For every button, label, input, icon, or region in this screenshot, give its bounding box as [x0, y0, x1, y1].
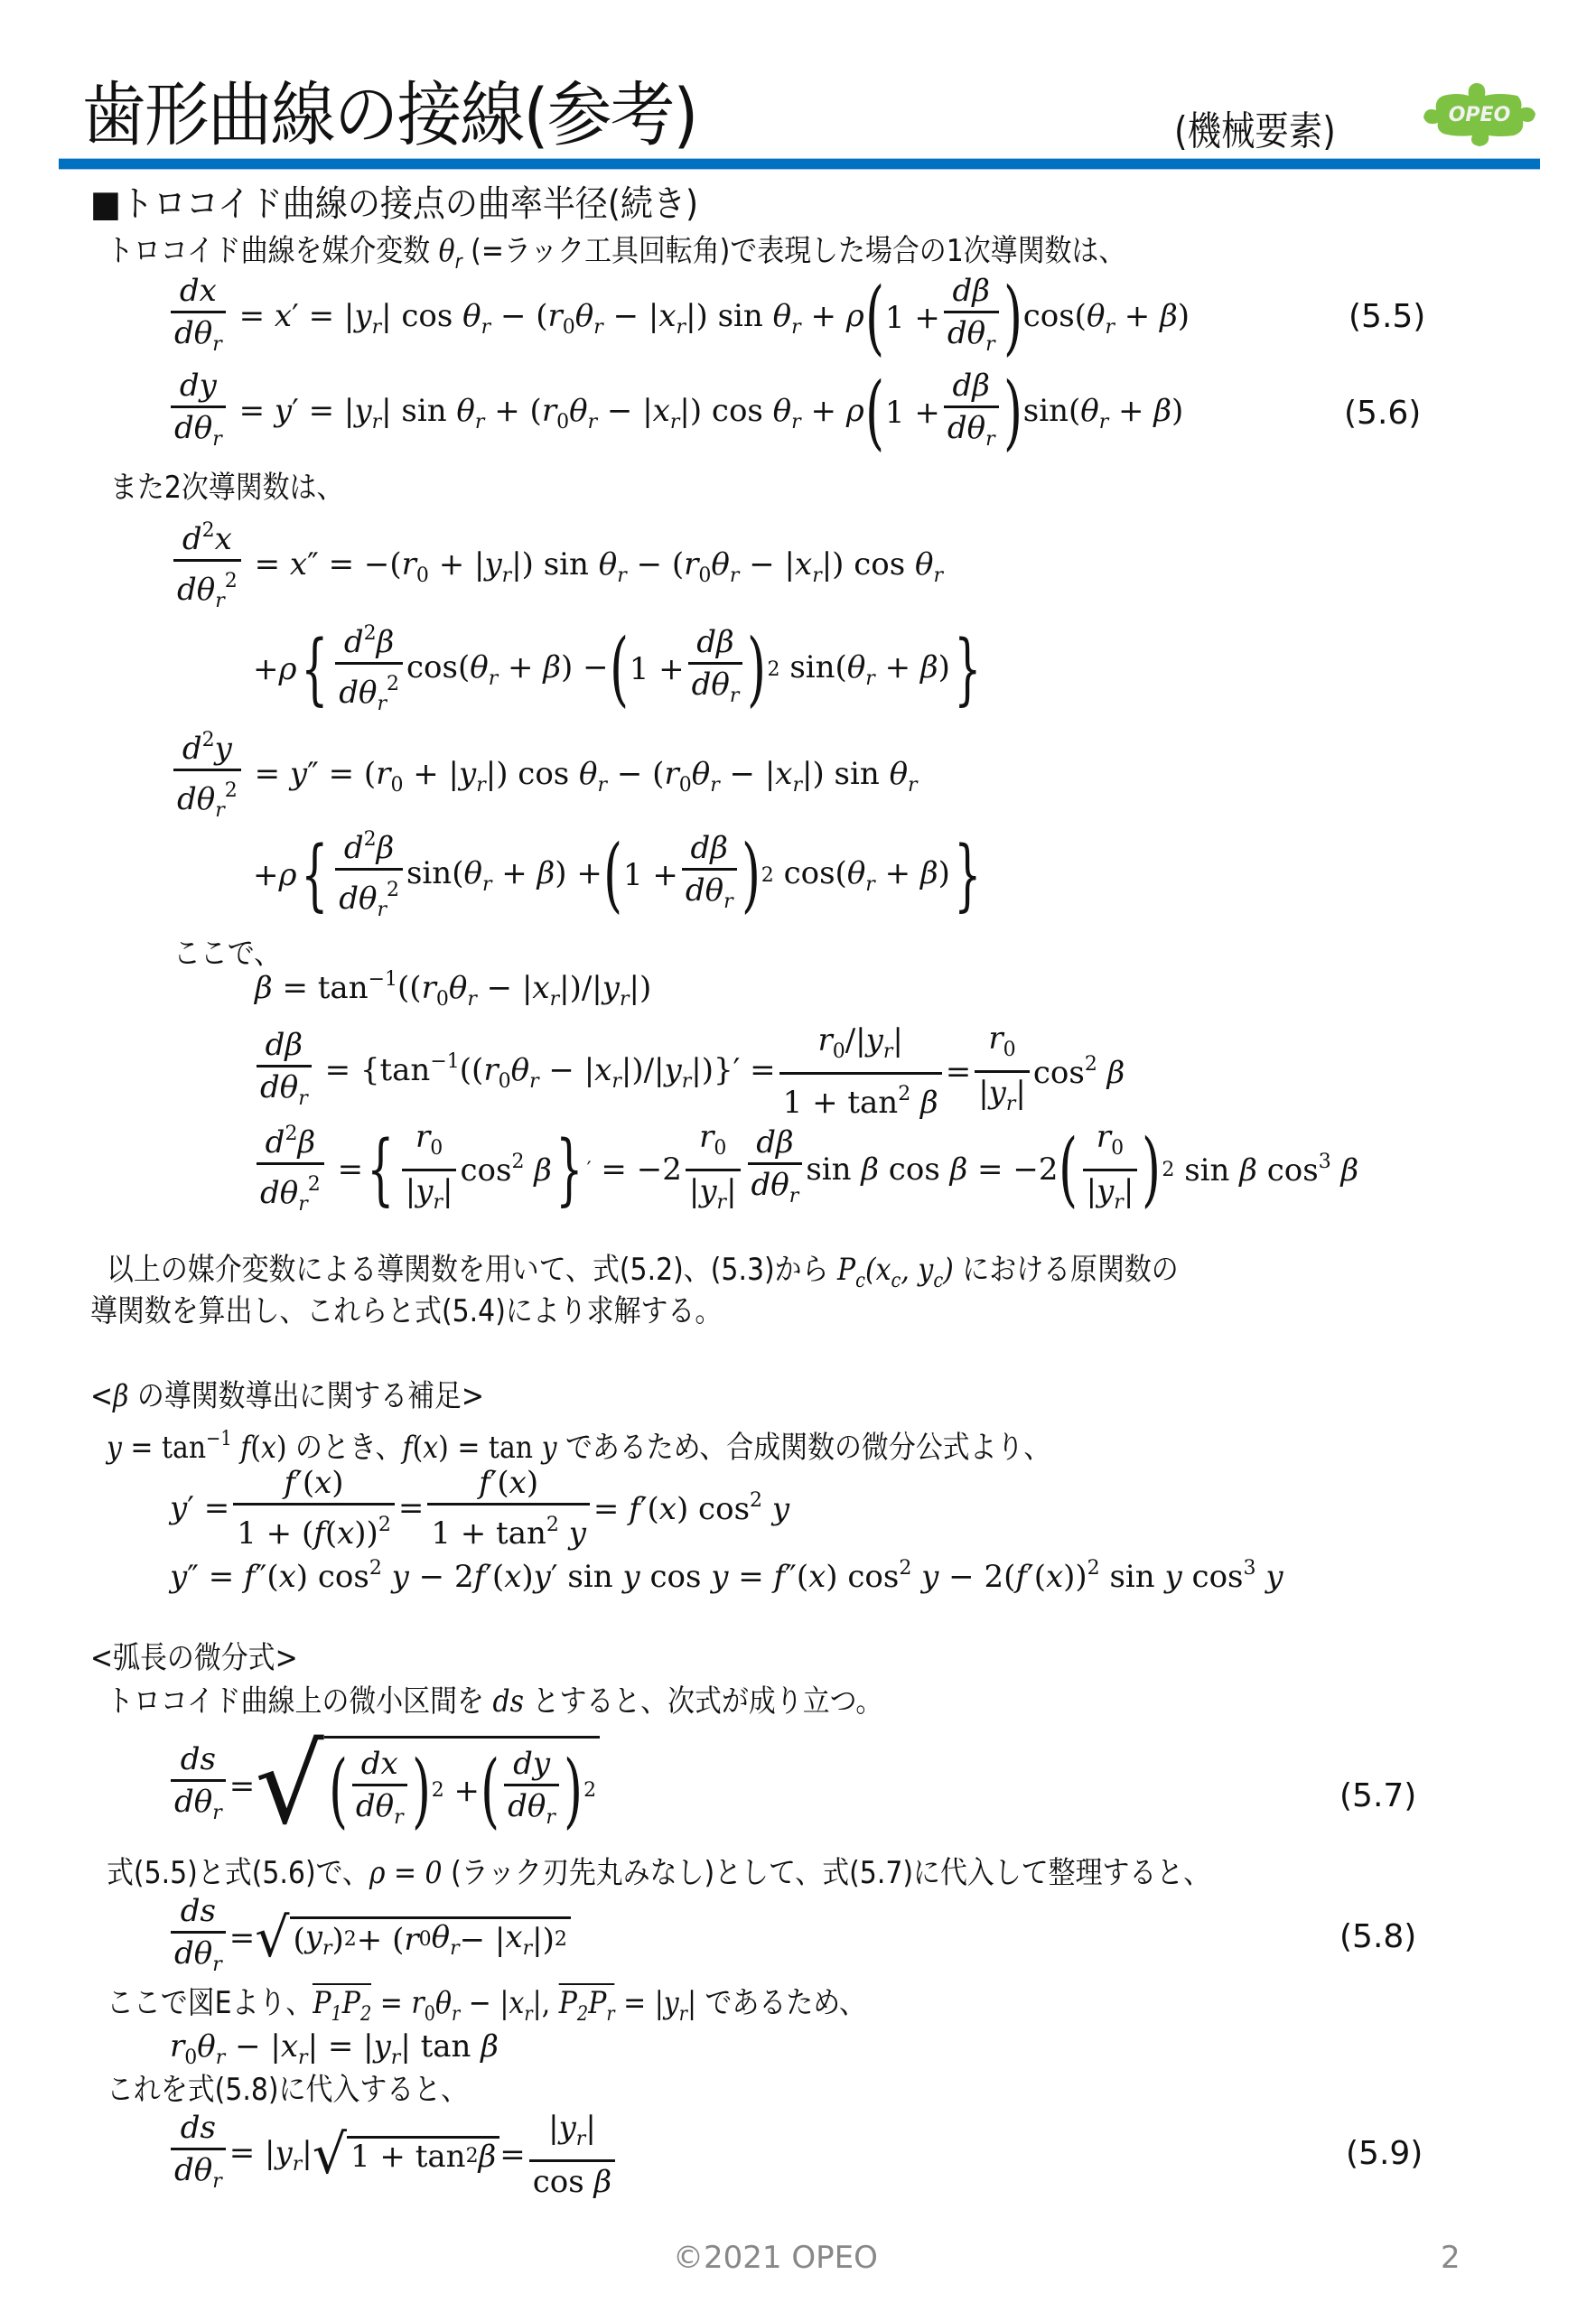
arc-length-intro: トロコイド曲線上の微小区間を ds とすると、次式が成り立つ。 — [107, 1682, 882, 1721]
second-derivative-intro: また2次導関数は、 — [110, 468, 343, 508]
equation-y-second-derivative: d2ydθr2 = y″ = (r0 + |yr|) cos θr − (r0θ… — [170, 721, 918, 831]
equation-5-7: dsdθr = √ (dxdθr)2 + (dydθr)2 — [167, 1732, 600, 1841]
header-divider-bar — [59, 158, 1540, 170]
copyright: ©2021 OPEO — [673, 2240, 878, 2276]
section-heading: ■トロコイド曲線の接点の曲率半径(続き) — [90, 181, 698, 228]
figure-reference-text: ここで図Eより、P1P2 = r0θr − |xr|, P2Pr = |yr| … — [107, 1983, 866, 2035]
equation-5-5: dxdθr = x′ = |yr| cos θr − (r0θr − |xr|)… — [167, 271, 1190, 365]
equation-d2beta: d2βdθr2 ={ r0|yr| cos2 β}′ = −2 r0|yr| d… — [253, 1114, 1358, 1225]
svg-text:OPEO: OPEO — [1449, 104, 1511, 126]
equation-number: (5.8) — [1339, 1918, 1416, 1955]
arc-length-heading: <弧長の微分式> — [90, 1638, 298, 1678]
page-title: 歯形曲線の接線(参考) — [81, 70, 697, 161]
supplement-heading: <β の導関数導出に関する補足> — [90, 1376, 484, 1416]
equation-dbeta: dβdθr = {tan−1((r0θr − |xr|)/|yr|)}′ = r… — [253, 1019, 1125, 1124]
summary-line-2: 導関数を算出し、これらと式(5.4)により求解する。 — [90, 1291, 722, 1331]
opeo-logo: OPEO — [1416, 79, 1543, 150]
equation-5-8: dsdθr = √(yr)2 + (r0θr − |xr|)2 — [167, 1891, 571, 1985]
equation-5-9: dsdθr = |yr| √1 + tan2 β = |yr|cos β — [167, 2108, 619, 2202]
substitution-text: 式(5.5)と式(5.6)で、ρ = 0 (ラック刃先丸みなし)として、式(5.… — [107, 1853, 1210, 1893]
equation-5-6: dydθr = y′ = |yr| sin θr + (r0θr − |xr|)… — [167, 366, 1183, 460]
equation-y-second-derivative-line2: +ρ{ d2βdθr2 sin(θr + β) + (1 +dβdθr)2 co… — [253, 820, 985, 930]
equation-number: (5.7) — [1339, 1777, 1416, 1814]
equation-number: (5.6) — [1344, 395, 1421, 432]
page-number: 2 — [1441, 2240, 1461, 2276]
equation-beta-definition: β = tan−1((r0θr − |xr|)/|yr|) — [255, 968, 651, 1011]
equation-x-second-derivative-line2: +ρ{ d2βdθr2 cos(θr + β) − (1 +dβdθr)2 si… — [253, 614, 985, 724]
equation-number: (5.5) — [1349, 298, 1425, 335]
supplement-line: y = tan−1 f(x) のとき、f(x) = tan y であるため、合成… — [107, 1420, 1050, 1468]
puzzle-logo-icon: OPEO — [1416, 79, 1543, 150]
equation-number: (5.9) — [1346, 2135, 1423, 2172]
category-label: (機械要素) — [1174, 107, 1336, 157]
equation-tan-relation: r0θr − |xr| = |yr| tan β — [170, 2028, 499, 2069]
supplement-equation-2: y″ = f″(x) cos2 y − 2f′(x)y′ sin y cos y… — [170, 1557, 1283, 1595]
supplement-equation-1: y′ = f′(x)1 + (f(x))2 = f′(x)1 + tan2 y … — [170, 1463, 789, 1553]
substitute-into-5-8-text: これを式(5.8)に代入すると、 — [107, 2070, 468, 2110]
equation-x-second-derivative: d2xdθr2 = x″ = −(r0 + |yr|) sin θr − (r0… — [170, 511, 943, 621]
